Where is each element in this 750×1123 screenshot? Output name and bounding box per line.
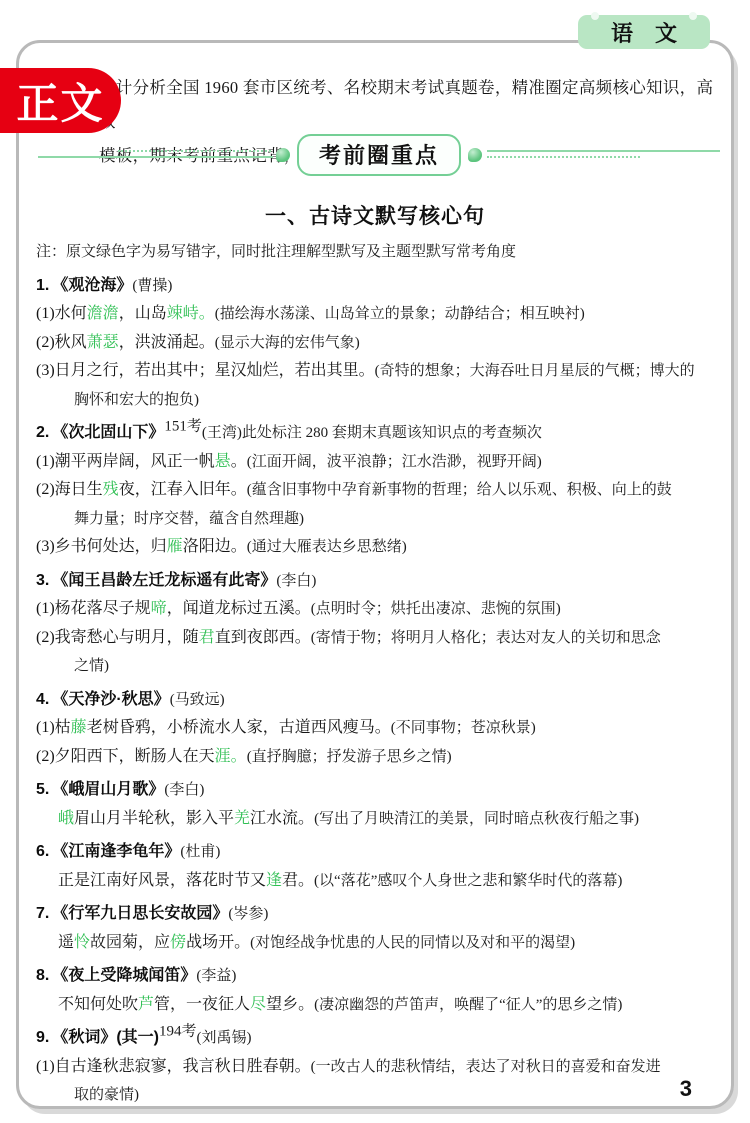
text-line: 不知何处吹芦管，一夜征人尽望乡。(凄凉幽怨的芦笛声，唤醒了“征人”的思乡之情)	[36, 991, 718, 1020]
poem-text: ，闻道龙标过五溪。	[167, 600, 311, 617]
poem-title: 《观沧海》	[52, 277, 132, 294]
section-tab: 正文	[0, 68, 121, 133]
annotation-text: (寄情于物；将明月人格化；表达对友人的关切和思念	[311, 630, 661, 646]
poem-title: 《天净沙·秋思》	[52, 691, 169, 708]
error-prone-char: 逢	[266, 872, 282, 889]
divider-label: 考前圈重点	[297, 134, 461, 176]
text-line: 5.《峨眉山月歌》(李白)	[36, 776, 718, 805]
poem-text: 正是江南好风景，落花时节又	[58, 872, 266, 889]
annotation-text: 胸怀和宏大的抱负)	[74, 392, 199, 408]
text-line: 2.《次北固山下》151考(王湾)此处标注 280 套期末真题该知识点的考查频次	[36, 419, 718, 448]
page: 语 文 正文 累计分析全国 1960 套市区统考、名校期末考试真题卷，精准圈定高…	[0, 0, 750, 1123]
text-line: 取的豪情)	[36, 1081, 718, 1110]
divider-line-left	[38, 147, 273, 163]
annotation-text: (杜甫)	[180, 844, 220, 860]
poem-text: 江水流。	[250, 810, 314, 827]
error-prone-char: 君	[199, 629, 215, 646]
annotation-text: (凄凉幽怨的芦笛声，唤醒了“征人”的思乡之情)	[314, 997, 622, 1013]
text-line: (1)潮平两岸阔，风正一帆悬。(江面开阔，波平浪静；江水浩渺，视野开阔)	[36, 448, 718, 477]
annotation-text: (李白)	[276, 573, 316, 589]
text-line: (2)秋风萧瑟，洪波涌起。(显示大海的宏伟气象)	[36, 329, 718, 358]
item-number: 7.	[36, 905, 49, 922]
error-prone-char: 涯。	[215, 748, 247, 765]
text-line: (1)杨花落尽子规啼，闻道龙标过五溪。(点明时令；烘托出凄凉、悲惋的氛围)	[36, 595, 718, 624]
annotation-text: (李益)	[196, 968, 236, 984]
annotation-text: (刘禹锡)	[197, 1030, 252, 1046]
poem-title: 《夜上受降城闻笛》	[52, 967, 196, 984]
poem-text: 战场开。	[186, 934, 250, 951]
poem-title: 《峨眉山月歌》	[52, 781, 164, 798]
poem-title: 《闻王昌龄左迁龙标遥有此寄》	[52, 572, 276, 589]
poem-text: 不知何处吹	[58, 996, 138, 1013]
exam-frequency-badge: 194考	[159, 1024, 197, 1040]
poem-text: (2)海日生	[36, 481, 103, 498]
error-prone-char: 残	[103, 481, 119, 498]
item-number: 3.	[36, 572, 49, 589]
annotation-text: (直抒胸臆；抒发游子思乡之情)	[247, 749, 452, 765]
poem-title: 《江南逢李龟年》	[52, 843, 180, 860]
annotation-text: 之情)	[74, 658, 109, 674]
content-lines: 注：原文绿色字为易写错字，同时批注理解型默写及主题型默写常考角度1.《观沧海》(…	[36, 238, 718, 1110]
annotation-text: (李白)	[164, 782, 204, 798]
intro-line-1: 累计分析全国 1960 套市区统考、名校期末考试真题卷，精准圈定高频核心知识，高…	[99, 71, 721, 139]
poem-text: (1)枯	[36, 719, 71, 736]
item-number: 5.	[36, 781, 49, 798]
section-divider: 考前圈重点	[38, 136, 720, 174]
poem-text: (2)我寄愁心与明月，随	[36, 629, 199, 646]
text-line: 遥怜故园菊，应傍战场开。(对饱经战争忧患的人民的同情以及对和平的渴望)	[36, 929, 718, 958]
item-number: 8.	[36, 967, 49, 984]
text-line: (1)水何澹澹，山岛竦峙。(描绘海水荡漾、山岛耸立的景象；动静结合；相互映衬)	[36, 300, 718, 329]
text-line: 6.《江南逢李龟年》(杜甫)	[36, 838, 718, 867]
annotation-text: (蕴含旧事物中孕育新事物的哲理；给人以乐观、积极、向上的鼓	[247, 482, 672, 498]
annotation-text: (江面开阔，波平浪静；江水浩渺，视野开阔)	[247, 454, 542, 470]
subject-badge: 语 文	[578, 15, 710, 49]
poem-text: (1)潮平两岸阔，风正一帆	[36, 453, 215, 470]
poem-text: 洛阳边。	[183, 538, 247, 555]
annotation-text: (对饱经战争忧患的人民的同情以及对和平的渴望)	[250, 935, 575, 951]
error-prone-char: 萧瑟	[87, 334, 119, 351]
annotation-text: 注：原文绿色字为易写错字，同时批注理解型默写及主题型默写常考角度	[36, 244, 516, 260]
annotation-text: 舞力量；时序交替，蕴含自然理趣)	[74, 511, 304, 527]
annotation-text: (以“落花”感叹个人身世之悲和繁华时代的落幕)	[314, 873, 622, 889]
poem-text: (2)夕阳西下，断肠人在天	[36, 748, 215, 765]
text-line: 正是江南好风景，落花时节又逢君。(以“落花”感叹个人身世之悲和繁华时代的落幕)	[36, 867, 718, 896]
error-prone-char: 怜	[74, 934, 90, 951]
poem-text: 直到夜郎西。	[215, 629, 311, 646]
annotation-text: (显示大海的宏伟气象)	[215, 335, 360, 351]
poem-text: (1)自古逢秋悲寂寥，我言秋日胜春朝。	[36, 1058, 311, 1075]
leaf-icon	[276, 148, 290, 162]
item-number: 1.	[36, 277, 49, 294]
pin-dot-icon	[591, 12, 599, 20]
text-line: (3)日月之行，若出其中；星汉灿烂，若出其里。(奇特的想象；大海吞吐日月星辰的气…	[36, 357, 718, 386]
annotation-text: (曹操)	[132, 278, 172, 294]
error-prone-char: 澹澹	[87, 305, 119, 322]
poem-text: 故园菊，应	[90, 934, 170, 951]
error-prone-char: 雁	[167, 538, 183, 555]
error-prone-char: 竦峙。	[167, 305, 215, 322]
poem-text: ，山岛	[119, 305, 167, 322]
text-line: (1)枯藤老树昏鸦，小桥流水人家，古道西风瘦马。(不同事物；苍凉秋景)	[36, 714, 718, 743]
text-line: 4.《天净沙·秋思》(马致远)	[36, 686, 718, 715]
poem-text: 管，一夜征人	[154, 996, 250, 1013]
annotation-text: (写出了月映清江的美景，同时暗点秋夜行船之事)	[314, 811, 639, 827]
annotation-text: (岑参)	[228, 906, 268, 922]
annotation-text: (描绘海水荡漾、山岛耸立的景象；动静结合；相互映衬)	[215, 306, 585, 322]
section-tab-label: 正文	[16, 71, 104, 131]
annotation-text: (不同事物；苍凉秋景)	[391, 720, 536, 736]
error-prone-char: 芦	[138, 996, 154, 1013]
error-prone-char: 尽	[250, 996, 266, 1013]
error-prone-char: 藤	[71, 719, 87, 736]
poem-text: (1)水何	[36, 305, 87, 322]
poem-text: ，洪波涌起。	[119, 334, 215, 351]
pin-dot-icon	[689, 12, 697, 20]
poem-title: 《秋词》(其一)	[52, 1029, 159, 1046]
error-prone-char: 傍	[170, 934, 186, 951]
text-line: 3.《闻王昌龄左迁龙标遥有此寄》(李白)	[36, 567, 718, 596]
annotation-text: (奇特的想象；大海吞吐日月星辰的气概；博大的	[375, 363, 695, 379]
poem-text: 君。	[282, 872, 314, 889]
poem-text: (2)秋风	[36, 334, 87, 351]
text-line: 峨眉山月半轮秋，影入平羌江水流。(写出了月映清江的美景，同时暗点秋夜行船之事)	[36, 805, 718, 834]
text-line: (2)我寄愁心与明月，随君直到夜郎西。(寄情于物；将明月人格化；表达对友人的关切…	[36, 624, 718, 653]
text-line: 8.《夜上受降城闻笛》(李益)	[36, 962, 718, 991]
text-line: 胸怀和宏大的抱负)	[36, 386, 718, 415]
text-line: 7.《行军九日思长安故园》(岑参)	[36, 900, 718, 929]
text-line: (1)自古逢秋悲寂寥，我言秋日胜春朝。(一改古人的悲秋情结，表达了对秋日的喜爱和…	[36, 1053, 718, 1082]
annotation-text: (王湾)此处标注 280 套期末真题该知识点的考查频次	[202, 425, 542, 441]
poem-title: 《次北固山下》	[52, 424, 164, 441]
divider-line-right	[485, 147, 720, 163]
poem-text: 夜，江春入旧年。	[119, 481, 247, 498]
poem-text: 眉山月半轮秋，影入平	[74, 810, 234, 827]
text-line: 1.《观沧海》(曹操)	[36, 272, 718, 301]
item-number: 9.	[36, 1029, 49, 1046]
poem-title: 《行军九日思长安故园》	[52, 905, 228, 922]
item-number: 2.	[36, 424, 49, 441]
text-line: (2)海日生残夜，江春入旧年。(蕴含旧事物中孕育新事物的哲理；给人以乐观、积极、…	[36, 476, 718, 505]
annotation-text: (通过大雁表达乡思愁绪)	[247, 539, 407, 555]
annotation-text: 取的豪情)	[74, 1087, 139, 1103]
page-number: 3	[680, 1076, 692, 1102]
exam-frequency-badge: 151考	[164, 419, 202, 435]
poem-text: 老树昏鸦，小桥流水人家，古道西风瘦马。	[87, 719, 391, 736]
text-line: 之情)	[36, 652, 718, 681]
annotation-text: (一改古人的悲秋情结，表达了对秋日的喜爱和奋发进	[311, 1059, 661, 1075]
annotation-text: (点明时令；烘托出凄凉、悲惋的氛围)	[311, 601, 561, 617]
poem-text: (1)杨花落尽子规	[36, 600, 151, 617]
poem-text: (3)乡书何处达，归	[36, 538, 167, 555]
leaf-icon	[468, 148, 482, 162]
error-prone-char: 峨	[58, 810, 74, 827]
item-number: 4.	[36, 691, 49, 708]
poem-text: 遥	[58, 934, 74, 951]
poem-text: 。	[231, 453, 247, 470]
text-line: 9.《秋词》(其一)194考(刘禹锡)	[36, 1024, 718, 1053]
poem-text: (3)日月之行，若出其中；星汉灿烂，若出其里。	[36, 362, 375, 379]
poem-text: 望乡。	[266, 996, 314, 1013]
text-line: 注：原文绿色字为易写错字，同时批注理解型默写及主题型默写常考角度	[36, 238, 718, 267]
text-line: 舞力量；时序交替，蕴含自然理趣)	[36, 505, 718, 534]
error-prone-char: 羌	[234, 810, 250, 827]
item-number: 6.	[36, 843, 49, 860]
page-title: 一、古诗文默写核心句	[0, 200, 750, 230]
annotation-text: (马致远)	[170, 692, 225, 708]
text-line: (2)夕阳西下，断肠人在天涯。(直抒胸臆；抒发游子思乡之情)	[36, 743, 718, 772]
subject-badge-label: 语 文	[603, 17, 685, 48]
text-line: (3)乡书何处达，归雁洛阳边。(通过大雁表达乡思愁绪)	[36, 533, 718, 562]
error-prone-char: 啼	[151, 600, 167, 617]
error-prone-char: 悬	[215, 453, 231, 470]
